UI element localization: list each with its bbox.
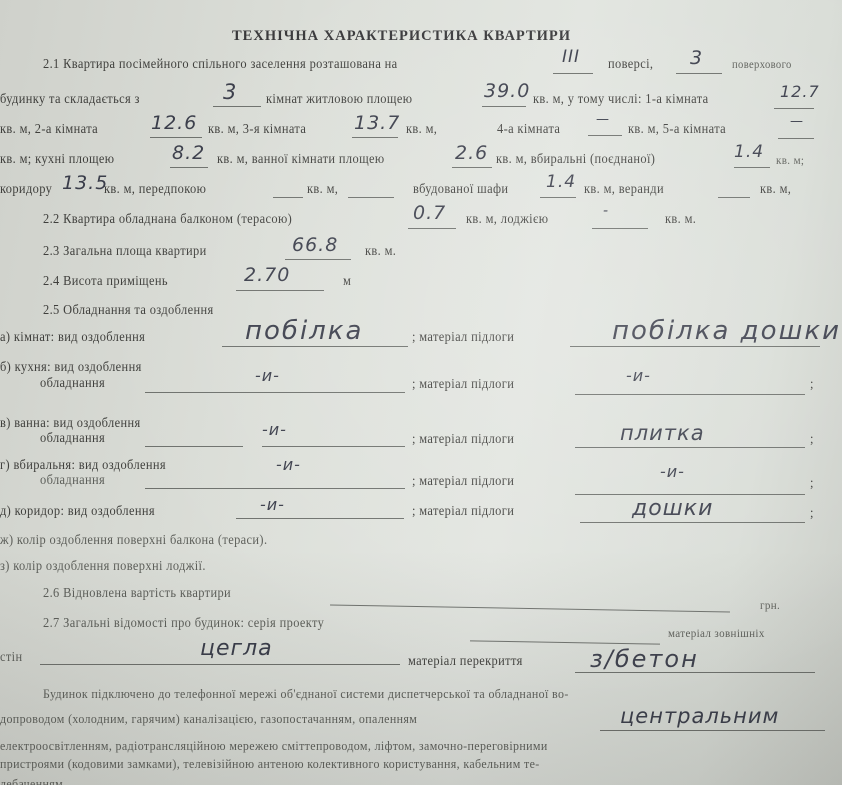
s25-b-label2: обладнання bbox=[40, 375, 105, 391]
s21-line3-d: 4-а кімната bbox=[497, 121, 560, 137]
living-area-value[interactable]: 39.0 bbox=[484, 80, 530, 102]
s26-currency: грн. bbox=[760, 598, 780, 613]
corridor-semicolon: ; bbox=[810, 505, 814, 521]
heating-line bbox=[600, 730, 825, 731]
s25-zh-label: ж) колір оздоблення поверхні балкона (те… bbox=[0, 532, 267, 548]
corridor-floor-value[interactable]: дошки bbox=[632, 496, 713, 521]
room1-line bbox=[774, 108, 814, 109]
wall-material-line bbox=[40, 664, 400, 665]
s21-line2-text: будинку та складається з bbox=[0, 91, 140, 107]
kitchen-floor-value[interactable]: -и- bbox=[626, 366, 651, 385]
rooms-value[interactable]: 3 bbox=[223, 80, 237, 104]
s25-heading: 2.5 Обладнання та оздоблення bbox=[43, 302, 214, 318]
s27-text-d: матеріал перекриття bbox=[408, 653, 523, 669]
s23-text-b: кв. м. bbox=[365, 243, 396, 259]
floor-value[interactable]: III bbox=[562, 47, 580, 67]
toilet-floor-value[interactable]: -и- bbox=[660, 462, 685, 481]
hallway-line bbox=[273, 197, 303, 198]
loggia-value[interactable]: - bbox=[603, 203, 609, 219]
s21-line5-c: кв. м, bbox=[307, 181, 338, 197]
hallway-extra-line bbox=[348, 197, 394, 198]
rooms-finish-value[interactable]: побілка bbox=[245, 316, 363, 346]
veranda-line bbox=[718, 197, 750, 198]
storeys-value[interactable]: 3 bbox=[690, 47, 703, 69]
kitchen-semicolon: ; bbox=[810, 376, 814, 392]
room2-value[interactable]: 12.6 bbox=[151, 112, 197, 134]
total-area-line bbox=[285, 259, 351, 260]
s21-line2-c: кв. м, у тому числі: 1-а кімната bbox=[533, 91, 709, 107]
ceiling-material-value[interactable]: з/бетон bbox=[590, 645, 699, 673]
room3-value[interactable]: 13.7 bbox=[354, 112, 400, 134]
room2-line bbox=[150, 137, 202, 138]
s21-line5-a: коридору bbox=[0, 181, 52, 197]
s25-a-label: а) кімнат: вид оздоблення bbox=[0, 329, 145, 345]
cost-line bbox=[330, 605, 730, 613]
s21-line4-c: кв. м, вбиральні (поєднаної) bbox=[496, 151, 655, 167]
balcony-line bbox=[408, 228, 456, 229]
closet-value[interactable]: 1.4 bbox=[546, 172, 576, 192]
s25-g-label: г) вбиральня: вид оздоблення bbox=[0, 457, 166, 473]
rooms-line bbox=[213, 106, 261, 107]
s25-v-label: в) ванна: вид оздоблення bbox=[0, 415, 141, 431]
s25-b-label: б) кухня: вид оздоблення bbox=[0, 359, 142, 375]
s21-line5-d: вбудованої шафи bbox=[413, 181, 508, 197]
living-area-line bbox=[482, 106, 526, 107]
para-line-2: допроводом (холодним, гарячим) каналізац… bbox=[0, 711, 417, 727]
bath-semicolon: ; bbox=[810, 431, 814, 447]
s21-line5-e: кв. м, веранди bbox=[584, 181, 664, 197]
room5-value[interactable]: — bbox=[790, 114, 804, 129]
para-line-5: лебаченням bbox=[0, 776, 63, 785]
toilet-floor-label: ; матеріал підлоги bbox=[412, 473, 514, 489]
document-title: ТЕХНІЧНА ХАРАКТЕРИСТИКА КВАРТИРИ bbox=[232, 28, 571, 45]
kitchen-floor-line bbox=[575, 394, 805, 395]
s21-line5-b: кв. м, передпокою bbox=[104, 181, 206, 197]
para-line-1: Будинок підключено до телефонної мережі … bbox=[43, 686, 569, 702]
floor-line bbox=[553, 73, 593, 74]
s25-v-label2: обладнання bbox=[40, 430, 105, 446]
s26-text: 2.6 Відновлена вартість квартири bbox=[43, 585, 231, 601]
height-value[interactable]: 2.70 bbox=[244, 264, 290, 286]
wall-material-value[interactable]: цегла bbox=[200, 636, 273, 661]
kitchen-finish-value[interactable]: -и- bbox=[255, 366, 280, 385]
s21-line4-d: кв. м; bbox=[776, 153, 804, 168]
s24-text: 2.4 Висота приміщень bbox=[43, 273, 168, 289]
rooms-finish-line bbox=[222, 346, 408, 347]
room5-line bbox=[778, 138, 814, 139]
s23-text: 2.3 Загальна площа квартири bbox=[43, 243, 207, 259]
closet-line bbox=[540, 197, 576, 198]
kitchen-value[interactable]: 8.2 bbox=[172, 142, 205, 164]
s25-d-label: д) коридор: вид оздоблення bbox=[0, 503, 155, 519]
bath-finish-value[interactable]: -и- bbox=[262, 420, 287, 439]
kitchen-floor-label: ; матеріал підлоги bbox=[412, 376, 514, 392]
project-series-line bbox=[470, 640, 660, 644]
toilet-floor-line bbox=[575, 494, 805, 495]
corridor-floor-line bbox=[580, 522, 805, 523]
s21-line3-a: кв. м, 2-а кімната bbox=[0, 121, 98, 137]
s21-line1-text: 2.1 Квартира посімейного спільного засел… bbox=[43, 56, 398, 72]
s22-text-c: кв. м. bbox=[665, 211, 696, 227]
room3-line bbox=[352, 137, 398, 138]
bath-floor-line bbox=[575, 447, 805, 448]
height-line bbox=[236, 290, 324, 291]
rooms-floor-value[interactable]: побілка дошки bbox=[612, 316, 841, 346]
para-line-4: пристроями (кодовими замками), телевізій… bbox=[0, 756, 540, 772]
rooms-floor-line bbox=[570, 346, 820, 347]
bath-finish-line-b bbox=[262, 446, 405, 447]
corridor-finish-value[interactable]: -и- bbox=[260, 495, 285, 514]
s21-line3-e: кв. м, 5-а кімната bbox=[628, 121, 726, 137]
s21-line1-c: поверхового bbox=[732, 59, 792, 71]
bath-floor-label: ; матеріал підлоги bbox=[412, 431, 514, 447]
s25-g-label2: обладнання bbox=[40, 472, 105, 488]
corridor-value[interactable]: 13.5 bbox=[62, 172, 108, 194]
s27-text-b: матеріал зовнішніх bbox=[668, 626, 765, 641]
total-area-value[interactable]: 66.8 bbox=[292, 234, 338, 256]
s21-line1-b: поверсі, bbox=[608, 56, 653, 72]
toilet-value[interactable]: 1.4 bbox=[734, 142, 764, 162]
corridor-floor-label: ; матеріал підлоги bbox=[412, 503, 514, 519]
toilet-line bbox=[734, 167, 770, 168]
s21-line3-c: кв. м, bbox=[406, 121, 437, 137]
toilet-finish-value[interactable]: -и- bbox=[276, 455, 301, 474]
s21-line4-a: кв. м; кухні площею bbox=[0, 151, 114, 167]
corridor-finish-line bbox=[236, 518, 404, 519]
room4-value[interactable]: — bbox=[596, 112, 610, 127]
s21-line3-b: кв. м, 3-я кімната bbox=[208, 121, 306, 137]
toilet-semicolon: ; bbox=[810, 475, 814, 491]
ceiling-material-line bbox=[575, 672, 815, 673]
para-line-3: електроосвітленням, радіотрансляційною м… bbox=[0, 738, 548, 754]
bath-floor-value[interactable]: плитка bbox=[620, 421, 705, 445]
bathroom-value[interactable]: 2.6 bbox=[455, 142, 488, 164]
balcony-value[interactable]: 0.7 bbox=[413, 202, 446, 224]
heating-value[interactable]: центральним bbox=[620, 704, 779, 728]
rooms-floor-label: ; матеріал підлоги bbox=[412, 329, 514, 345]
s21-line5-f: кв. м, bbox=[760, 181, 791, 197]
s25-z-label: з) колір оздоблення поверхні лоджії. bbox=[0, 558, 206, 574]
s24-text-b: м bbox=[343, 273, 351, 289]
s22-text-b: кв. м, лоджією bbox=[466, 211, 548, 227]
s21-line4-b: кв. м, ванної кімнати площею bbox=[217, 151, 385, 167]
s21-line2-b: кімнат житловою площею bbox=[266, 91, 412, 107]
kitchen-line bbox=[170, 167, 208, 168]
storeys-line bbox=[676, 73, 722, 74]
kitchen-finish-line bbox=[145, 392, 405, 393]
s27-text: 2.7 Загальні відомості про будинок: сері… bbox=[43, 615, 324, 631]
s22-text: 2.2 Квартира обладнана балконом (терасою… bbox=[43, 211, 292, 227]
s27-text-c: стін bbox=[0, 649, 23, 665]
bathroom-line bbox=[452, 167, 492, 168]
bath-finish-line-a bbox=[145, 446, 243, 447]
toilet-finish-line bbox=[145, 488, 405, 489]
loggia-line bbox=[592, 228, 648, 229]
room1-value[interactable]: 12.7 bbox=[780, 82, 820, 101]
room4-line bbox=[588, 135, 622, 136]
